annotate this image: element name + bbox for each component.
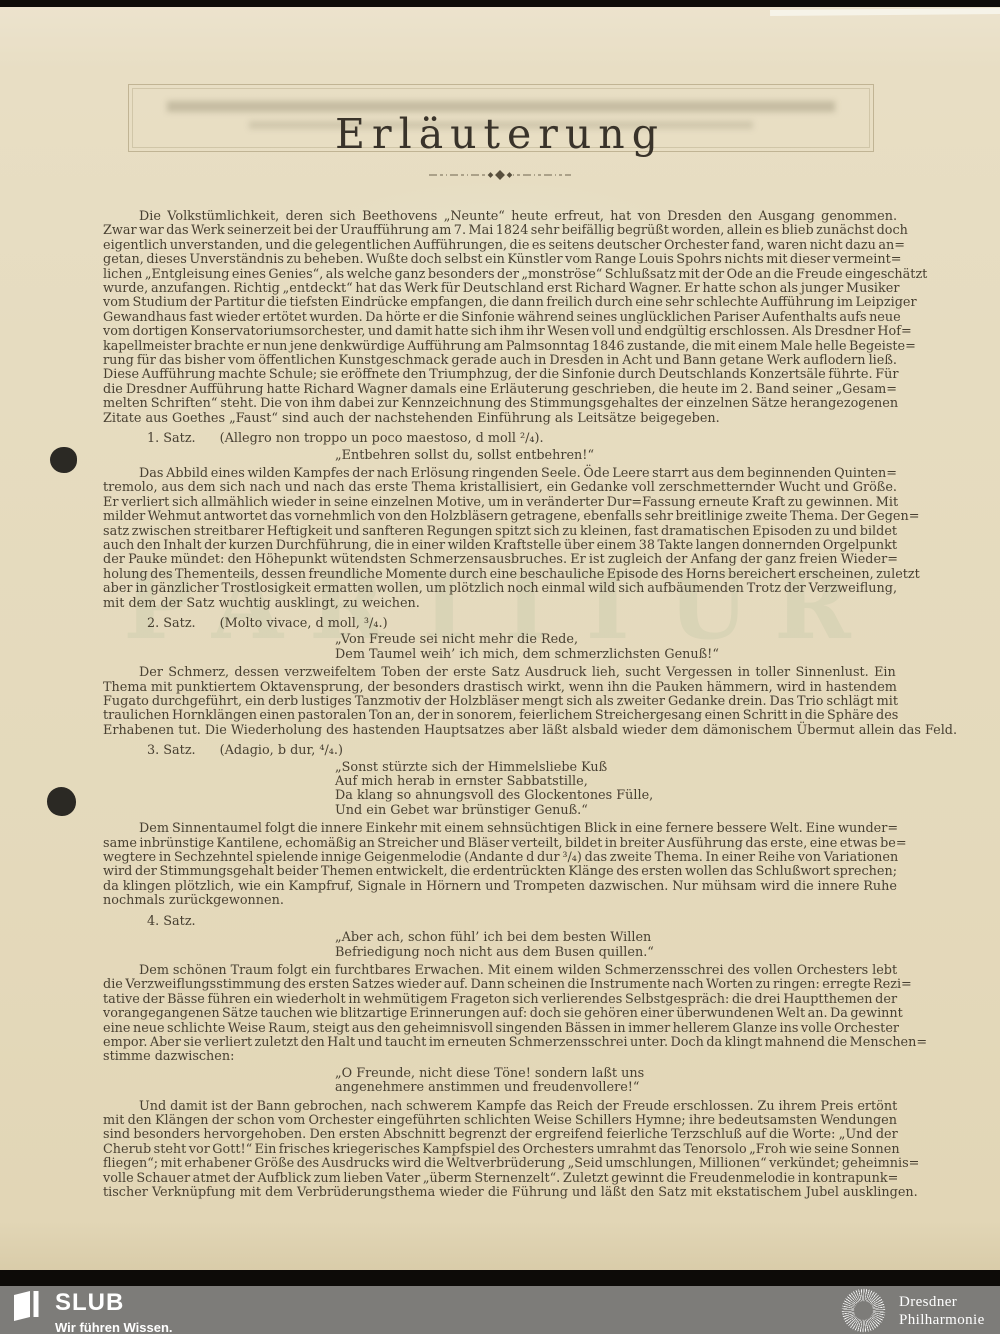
- satz-number: 3. Satz.: [147, 743, 196, 758]
- document-text: Die Volkstümlichkeit, deren sich Beethov…: [103, 210, 897, 1200]
- text-line: melten Schriften“ steht. Die von ihm dab…: [103, 397, 897, 411]
- verse-quote: „Aber ach, schon fühl’ ich bei dem beste…: [335, 931, 897, 960]
- text-line: „Sonst stürzte sich der Himmelsliebe Kuß: [335, 761, 897, 775]
- text-line: Er verliert sich allmählich wieder in se…: [103, 496, 897, 510]
- text-line: die Verzweiflungsstimmung des ersten Sat…: [103, 978, 897, 992]
- text-line: „Von Freude sei nicht mehr die Rede,: [335, 633, 897, 647]
- philharmonie-wordmark-line1: Dresdner: [899, 1293, 985, 1311]
- text-line: Und ein Gebet war brünstiger Genuß.“: [335, 804, 897, 818]
- text-line: mit den Klängen der schon vom Orchester …: [103, 1114, 897, 1128]
- text-paragraph: Dem schönen Traum folgt ein furchtbares …: [103, 964, 897, 1065]
- text-line: Auf mich herab in ernster Sabbatstille,: [335, 775, 897, 789]
- page-title: Erläuterung: [0, 110, 1000, 158]
- text-line: wird der Stimmungsgehalt beider Themen e…: [103, 865, 897, 879]
- text-line: Dem schönen Traum folgt ein furchtbares …: [103, 964, 897, 978]
- satz-heading: 2. Satz.(Molto vivace, d moll, ³/₄.): [147, 617, 897, 631]
- tempo-marking: (Adagio, b dur, ⁴/₄.): [220, 743, 343, 758]
- text-line: kapellmeister brachte er nun jene denkwü…: [103, 340, 897, 354]
- starburst-icon: [840, 1287, 887, 1334]
- text-line: vorangegangenen Sätze tauchen wie blitza…: [103, 1007, 897, 1021]
- text-line: rung für das bisher vom öffentlichen Kun…: [103, 354, 897, 368]
- open-book-icon: [13, 1290, 40, 1334]
- slub-slogan: Wir führen Wissen.: [55, 1320, 173, 1334]
- satz-number: 4. Satz.: [147, 914, 196, 929]
- text-line: Zwar war das Werk seinerzeit bei der Ura…: [103, 224, 897, 238]
- text-line: wurde, anzufangen. Richtig „entdeckt“ ha…: [103, 282, 897, 296]
- satz-number: 1. Satz.: [147, 431, 196, 446]
- text-line: wegtere in Sechzehntel spielende innige …: [103, 851, 897, 865]
- text-line: milder Wehmut antwortet das vornehmlich …: [103, 510, 897, 524]
- slub-logo: SLUB Wir führen Wissen.: [13, 1290, 173, 1334]
- text-line: eigentlich unverstanden, und die gelegen…: [103, 239, 897, 253]
- text-line: Die Volkstümlichkeit, deren sich Beethov…: [103, 210, 897, 224]
- footer-bar: SLUB Wir führen Wissen. Dresdner Philhar…: [0, 1286, 1000, 1334]
- text-line: Zitate aus Goethes „Faust“ sind auch der…: [103, 412, 897, 426]
- text-paragraph: Die Volkstümlichkeit, deren sich Beethov…: [103, 210, 897, 426]
- text-line: nochmals zurückgewonnen.: [103, 894, 897, 908]
- text-line: vom dortigen Konservatoriumsorchester, u…: [103, 325, 897, 339]
- text-line: stimme dazwischen:: [103, 1050, 897, 1064]
- text-line: sind besonders hervorgehoben. Den ersten…: [103, 1128, 897, 1142]
- satz-heading: 1. Satz.(Allegro non troppo un poco maes…: [147, 432, 897, 446]
- text-line: same inbrünstige Kantilene, echomäßig an…: [103, 837, 897, 851]
- text-line: traulichen Hornklängen einen pastoralen …: [103, 709, 897, 723]
- text-line: die Dresdner Aufführung hatte Richard Wa…: [103, 383, 897, 397]
- text-line: tischer Verknüpfung mit dem Verbrüderung…: [103, 1186, 897, 1200]
- verse-quote: „O Freunde, nicht diese Töne! sondern la…: [335, 1067, 897, 1096]
- text-line: Und damit ist der Bann gebrochen, nach s…: [103, 1100, 897, 1114]
- tempo-marking: (Allegro non troppo un poco maestoso, d …: [220, 431, 544, 446]
- verse-quote: „Von Freude sei nicht mehr die Rede,Dem …: [335, 633, 897, 662]
- text-line: Thema mit punktiertem Oktavensprung, der…: [103, 681, 897, 695]
- verse-quote: „Sonst stürzte sich der Himmelsliebe Kuß…: [335, 761, 897, 819]
- text-paragraph: Das Abbild eines wilden Kampfes der nach…: [103, 467, 897, 611]
- text-line: „Entbehren sollst du, sollst entbehren!“: [335, 449, 897, 463]
- slub-wordmark: SLUB: [55, 1291, 173, 1315]
- text-line: auch den Inhalt der kurzen Durchführung,…: [103, 539, 897, 553]
- text-line: angenehmere anstimmen und freudenvollere…: [335, 1081, 897, 1095]
- text-line: Fugato durchgeführt, ein derb lustiges T…: [103, 695, 897, 709]
- text-line: Das Abbild eines wilden Kampfes der nach…: [103, 467, 897, 481]
- text-line: „O Freunde, nicht diese Töne! sondern la…: [335, 1067, 897, 1081]
- text-paragraph: Der Schmerz, dessen verzweifeltem Toben …: [103, 666, 897, 738]
- text-line: aber in gänzlicher Trostlosigkeit ermatt…: [103, 582, 897, 596]
- text-line: da klingen plötzlich, wie ein Kampfruf, …: [103, 880, 897, 894]
- text-line: lichen „Entgleisung eines Genies“, als w…: [103, 268, 897, 282]
- text-line: tremolo, aus dem sich nach und nach das …: [103, 481, 897, 495]
- text-line: satz zwischen streitbarer Heftigkeit und…: [103, 525, 897, 539]
- satz-number: 2. Satz.: [147, 616, 196, 631]
- text-line: Diese Aufführung machte Schule; sie eröf…: [103, 368, 897, 382]
- text-line: getan, dieses Unverständnis zu beheben. …: [103, 253, 897, 267]
- text-line: empor. Aber sie verliert zuletzt den Hal…: [103, 1036, 897, 1050]
- text-line: „Aber ach, schon fühl’ ich bei dem beste…: [335, 931, 897, 945]
- text-line: volle Schauer atmet der Aufblick zum lie…: [103, 1172, 897, 1186]
- text-line: der Pauke mündet: den Höhepunkt wütendst…: [103, 553, 897, 567]
- text-line: eine neue schlichte Weise Raum, steigt a…: [103, 1022, 897, 1036]
- text-line: Befriedigung noch nicht aus dem Busen qu…: [335, 946, 897, 960]
- text-line: fliegen“; mit erhabener Größe des Ausdru…: [103, 1157, 897, 1171]
- text-line: Cherub steht vor Gott!“ Ein frisches kri…: [103, 1143, 897, 1157]
- satz-heading: 4. Satz.: [147, 915, 897, 929]
- verse-quote: „Entbehren sollst du, sollst entbehren!“: [335, 449, 897, 463]
- text-paragraph: Dem Sinnentaumel folgt die innere Einkeh…: [103, 822, 897, 908]
- tempo-marking: (Molto vivace, d moll, ³/₄.): [220, 616, 388, 631]
- text-line: vom Studium der Partitur die tiefsten Ei…: [103, 296, 897, 310]
- footer-divider-strip: [0, 1270, 1000, 1286]
- satz-heading: 3. Satz.(Adagio, b dur, ⁴/₄.): [147, 744, 897, 758]
- text-line: Dem Sinnentaumel folgt die innere Einkeh…: [103, 822, 897, 836]
- text-line: mit dem der Satz wuchtig ausklingt, zu w…: [103, 597, 897, 611]
- divider-ornament-icon: [0, 166, 1000, 185]
- text-line: Gewandhaus fast wieder ertötet wurden. D…: [103, 311, 897, 325]
- text-line: Erhabenen tut. Die Wiederholung des hast…: [103, 724, 897, 738]
- punch-hole: [47, 787, 76, 816]
- text-line: Dem Taumel weih’ ich mich, dem schmerzli…: [335, 648, 897, 662]
- punch-hole: [50, 447, 77, 473]
- dresdner-philharmonie-logo: Dresdner Philharmonie: [840, 1287, 985, 1334]
- text-line: holung des Thementeils, dessen freundlic…: [103, 568, 897, 582]
- text-line: Da klang so ahnungsvoll des Glockentones…: [335, 789, 897, 803]
- text-line: tative der Bässe führen ein wiederholt i…: [103, 993, 897, 1007]
- text-paragraph: Und damit ist der Bann gebrochen, nach s…: [103, 1100, 897, 1201]
- philharmonie-wordmark-line2: Philharmonie: [899, 1311, 985, 1329]
- text-line: Der Schmerz, dessen verzweifeltem Toben …: [103, 666, 897, 680]
